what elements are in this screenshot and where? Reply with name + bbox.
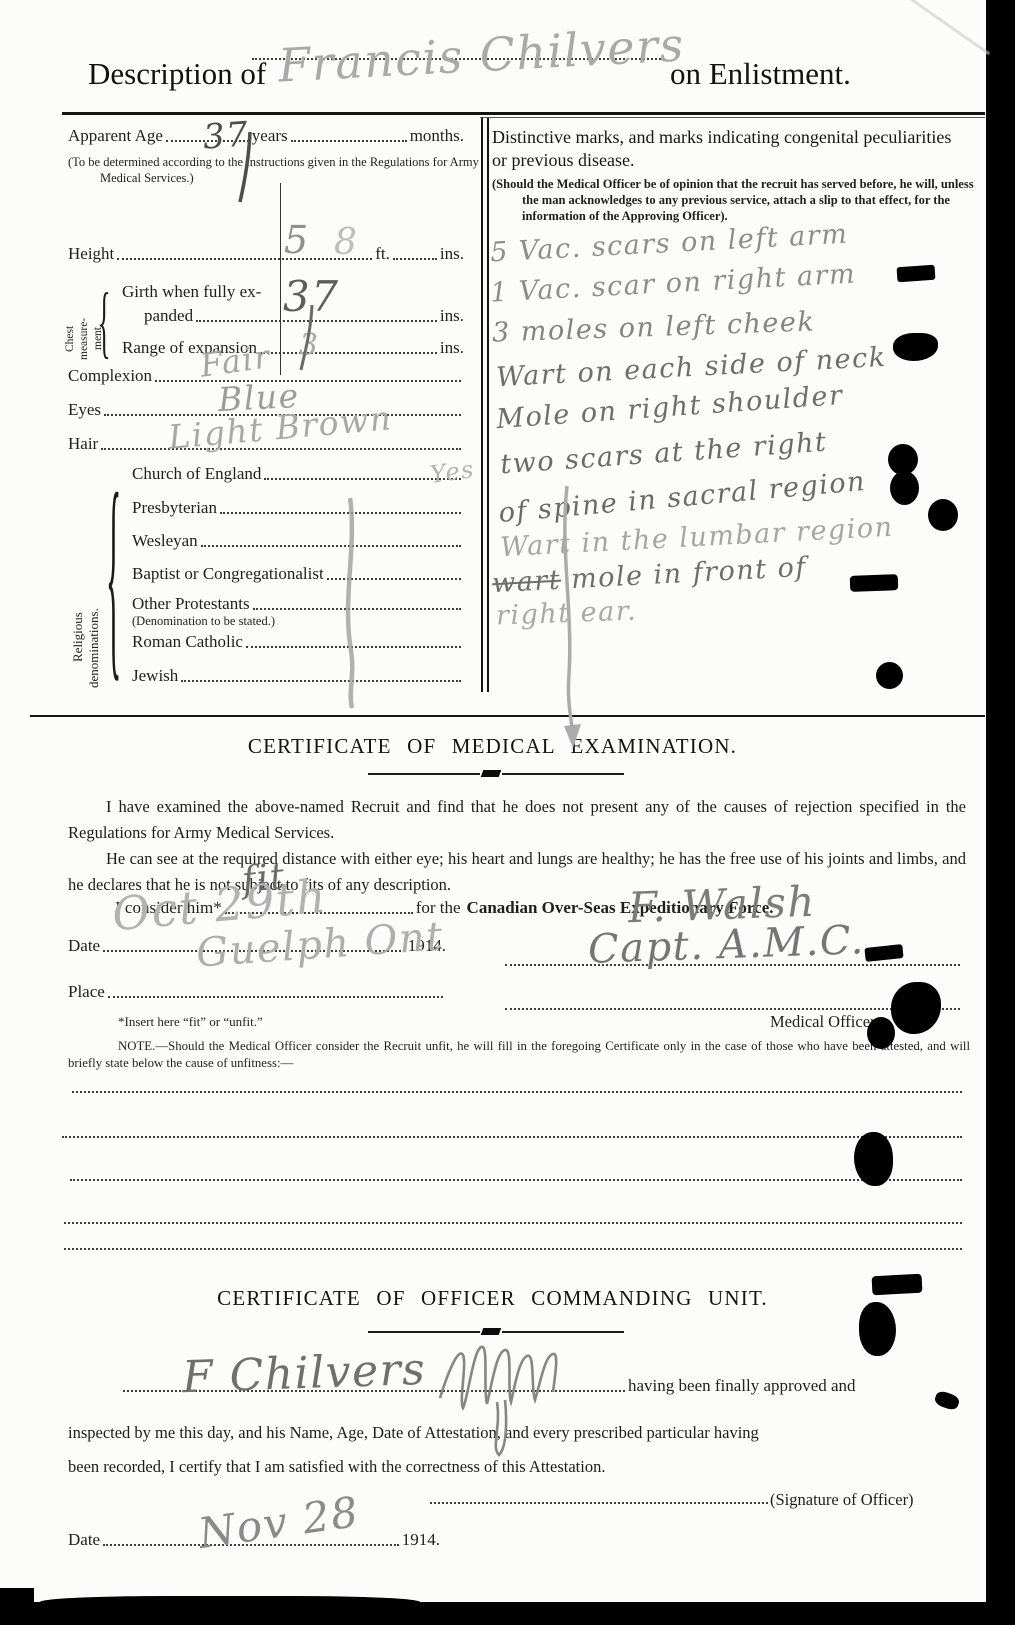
religion-brace: { [106,462,121,690]
scan-edge-right [986,0,1015,1625]
column-divider-1 [481,118,483,692]
religion-side-label-2: denominations. [86,608,102,688]
age-determination-note: (To be determined according to the instr… [68,154,498,186]
religion-baptist: Baptist or Congregationalist [132,564,324,584]
height-label: Height [68,244,114,264]
officer-date-label: Date [68,1530,100,1550]
ink-blot [864,944,903,962]
page-title-suffix: on Enlistment. [670,56,851,92]
ink-blot [928,499,958,531]
chest-side-label-2: measure- [78,318,90,360]
church-of-england-value-handwritten: Yes [428,455,476,489]
recruit-name-handwritten: Francis Chilvers [277,17,686,92]
range-unit: ins. [440,338,464,358]
distinctive-marks-heading: Distinctive marks, and marks indicating … [492,126,964,173]
height-ft-handwritten: 5 [284,218,310,262]
title-ornament-2 [368,1328,624,1335]
officer-paragraph-2: inspected by me this day, and his Name, … [68,1420,968,1446]
medical-officer-label: Medical Officer. [770,1012,879,1032]
girth-value-handwritten: 37 [283,272,339,321]
officer-date-year: 1914. [402,1530,440,1550]
girth-label-line1: Girth when fully ex- [122,282,261,302]
complexion-label: Complexion [68,366,152,386]
years-label: years [252,126,288,146]
months-label: months. [410,126,464,146]
chest-brace: { [98,283,110,364]
dotted-leader [327,578,461,580]
religion-church-of-england: Church of England [132,464,261,484]
marks-line-6: two scars at the right [499,427,828,481]
eyes-label: Eyes [68,400,101,420]
religion-roman-catholic: Roman Catholic [132,632,243,652]
date-label: Date [68,936,100,956]
ins-label: ins. [440,244,464,264]
religion-side-label-1: Religious [70,612,86,662]
ink-blot [891,982,941,1034]
marks-line-2: 1 Vac. scar on right arm [489,258,856,308]
ornament-line [368,773,480,775]
marks-line-9-rest: mole in front of [570,552,807,595]
religion-other-protestants: Other Protestants [132,594,250,614]
unfit-note: NOTE.—Should the Medical Officer conside… [68,1038,970,1073]
title-ornament [368,770,624,777]
ink-blot [890,471,919,505]
ink-blot [876,662,903,689]
signature-of-officer-label: (Signature of Officer) [770,1490,914,1510]
blank-line-5 [64,1248,962,1250]
ink-blot [872,1274,923,1296]
distinctive-marks-note: (Should the Medical Officer be of opinio… [492,176,990,224]
officer-paragraph-3: been recorded, I certify that I am satis… [68,1454,728,1480]
dotted-leader [155,380,461,382]
apparent-age-value-handwritten: 37 [202,114,251,157]
dotted-leader [181,680,461,682]
religion-wesleyan: Wesleyan [132,531,198,551]
dotted-leader [108,996,443,998]
approved-name-handwritten: F Chilvers [181,1344,427,1403]
blank-line-2 [62,1136,962,1138]
ink-blot [850,574,899,592]
page-title-prefix: Description of [88,56,266,92]
ornament-diamond [481,1328,502,1335]
approved-text: having been finally approved and [628,1376,856,1396]
height-ins-handwritten: 8 [334,222,358,263]
dotted-leader [260,352,437,354]
ink-blot [859,1302,896,1356]
dotted-leader [291,140,407,142]
ornament-line [502,1331,624,1333]
blank-line-1 [72,1091,962,1093]
dotted-leader [220,512,461,514]
place-label: Place [68,982,105,1002]
enlistment-form-page: Description of Francis Chilvers on Enlis… [0,0,1015,1625]
ink-blot [933,1389,961,1411]
denomination-note: (Denomination to be stated.) [132,613,275,629]
religion-presbyterian: Presbyterian [132,498,217,518]
section-rule [30,715,985,717]
officer-signature-line [430,1502,768,1504]
religion-jewish: Jewish [132,666,178,686]
dotted-leader [253,608,461,610]
scan-edge-corner [0,1588,34,1625]
dotted-leader [201,545,461,547]
column-divider-2 [487,118,489,692]
medical-paragraph-1: I have examined the above-named Recruit … [68,794,966,845]
dotted-leader [393,258,437,260]
scan-streak [890,0,990,55]
ink-blot [867,1017,895,1049]
ornament-diamond [481,770,502,777]
girth-label-line2: panded [122,306,193,326]
marks-line-10: right ear. [496,596,638,632]
header-rule [62,112,985,115]
range-value-handwritten: 3 [299,328,320,363]
marks-line-3: 3 moles on left cheek [492,306,816,348]
medical-cert-title: CERTIFICATE OF MEDICAL EXAMINATION. [0,734,985,759]
ink-blot [854,1132,893,1186]
ink-blot [893,333,938,361]
dotted-leader [246,646,461,648]
girth-unit: ins. [440,306,464,326]
apparent-age-label: Apparent Age [68,126,163,146]
ornament-line [368,1331,480,1333]
fit-unfit-footnote: *Insert here “fit” or “unfit.” [118,1014,263,1030]
mo-rank-handwritten: Capt. A.M.C. [587,917,865,973]
dotted-leader [101,448,461,450]
blank-line-3 [70,1179,962,1181]
ornament-line [502,773,624,775]
blank-line-4 [64,1222,962,1224]
scan-edge-bottom-hump [40,1596,420,1608]
officer-cert-title: CERTIFICATE OF OFFICER COMMANDING UNIT. [0,1286,985,1311]
ft-label: ft. [375,244,390,264]
ink-blot [897,265,936,283]
hair-label: Hair [68,434,98,454]
header-rule-thin [480,117,985,118]
chest-side-label-1: Chest [64,326,76,352]
struck-word: wart [491,565,561,600]
